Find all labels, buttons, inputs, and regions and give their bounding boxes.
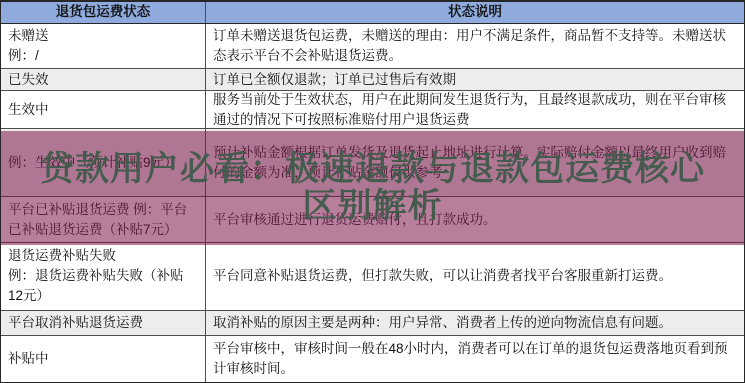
description-cell: 平台审核通过进行退货运费赔付，且打款成功。 <box>206 197 744 241</box>
table-row: 平台已补贴退货运费 例：平台已补贴退货运费（补贴7元） 平台审核通过进行退货运费… <box>1 197 744 242</box>
status-text: 平台取消补贴退货运费 <box>8 313 143 333</box>
table-row: 已失效 订单已全额仅退款；订单已过售后有效期 <box>1 69 744 91</box>
status-cell: 平台取消补贴退货运费 <box>1 311 206 335</box>
description-cell: 订单已全额仅退款；订单已过售后有效期 <box>206 69 744 90</box>
description-text: 服务当前处于生效状态，用户在此期间发生退货行为，且最终退款成功，则在平台审核通过… <box>213 90 737 130</box>
status-text: 生效中 <box>8 100 49 120</box>
status-cell: 未赠送 例：/ <box>1 24 206 68</box>
table-row: 未赠送 例：/ 订单未赠送退货包运费，未赠送的理由：用户不满足条件，商品暂不支持… <box>1 24 744 69</box>
column-header-status: 退货包运费状态 <box>1 2 206 23</box>
table-row: 例：生效中（预计补贴9元） 预计补贴金额根据订单发货及退货起止地址进行计算。实际… <box>1 129 744 197</box>
status-text: 已失效 <box>8 70 49 90</box>
status-cell: 退货运费补贴失败 例：退货运费补贴失败（补贴12元） <box>1 243 206 310</box>
description-text: 平台审核通过进行退货运费赔付，且打款成功。 <box>213 210 497 230</box>
table-row: 生效中 服务当前处于生效状态，用户在此期间发生退货行为，且最终退款成功，则在平台… <box>1 91 744 129</box>
column-header-status-label: 退货包运费状态 <box>56 2 151 22</box>
column-header-description-label: 状态说明 <box>448 2 502 22</box>
description-text: 平台同意补贴退货运费，但打款失败，可以让消费者找平台客服重新打运费。 <box>213 266 672 286</box>
description-cell: 服务当前处于生效状态，用户在此期间发生退货行为，且最终退款成功，则在平台审核通过… <box>206 91 744 128</box>
status-text: 补贴中 <box>8 349 49 369</box>
screenshot-root: 退货包运费状态 状态说明 未赠送 例：/ 订单未赠送退货包运费，未赠送的理由：用… <box>0 0 745 383</box>
description-cell: 订单未赠送退货包运费，未赠送的理由：用户不满足条件，商品暂不支持等。未赠送状态表… <box>206 24 744 68</box>
description-cell: 平台同意补贴退货运费，但打款失败，可以让消费者找平台客服重新打运费。 <box>206 243 744 310</box>
description-text: 订单未赠送退货包运费，未赠送的理由：用户不满足条件，商品暂不支持等。未赠送状态表… <box>213 26 737 66</box>
status-cell: 补贴中 <box>1 336 206 382</box>
description-text: 取消补贴的原因主要是两种：用户异常、消费者上传的逆向物流信息有问题。 <box>213 313 672 333</box>
status-cell: 平台已补贴退货运费 例：平台已补贴退货运费（补贴7元） <box>1 197 206 241</box>
status-text: 例：生效中（预计补贴9元） <box>8 153 178 173</box>
column-header-description: 状态说明 <box>206 2 744 23</box>
description-cell: 平台审核中，审核时间一般在48小时内，消费者可以在订单的退货包运费落地页看到预计… <box>206 336 744 382</box>
table-row: 补贴中 平台审核中，审核时间一般在48小时内，消费者可以在订单的退货包运费落地页… <box>1 336 744 382</box>
description-cell: 取消补贴的原因主要是两种：用户异常、消费者上传的逆向物流信息有问题。 <box>206 311 744 335</box>
status-text: 退货运费补贴失败 例：退货运费补贴失败（补贴12元） <box>8 246 198 306</box>
status-table: 退货包运费状态 状态说明 未赠送 例：/ 订单未赠送退货包运费，未赠送的理由：用… <box>1 1 744 382</box>
table-header-row: 退货包运费状态 状态说明 <box>1 1 744 24</box>
status-cell: 例：生效中（预计补贴9元） <box>1 129 206 196</box>
description-cell: 预计补贴金额根据订单发货及退货起止地址进行计算。实际赔付金额以最终用户收到赔付的… <box>206 129 744 196</box>
table-row: 平台取消补贴退货运费 取消补贴的原因主要是两种：用户异常、消费者上传的逆向物流信… <box>1 311 744 336</box>
description-text: 预计补贴金额根据订单发货及退货起止地址进行计算。实际赔付金额以最终用户收到赔付的… <box>213 143 737 183</box>
status-text: 平台已补贴退货运费 例：平台已补贴退货运费（补贴7元） <box>8 200 198 240</box>
status-cell: 生效中 <box>1 91 206 128</box>
status-cell: 已失效 <box>1 69 206 90</box>
description-text: 订单已全额仅退款；订单已过售后有效期 <box>213 70 456 90</box>
description-text: 平台审核中，审核时间一般在48小时内，消费者可以在订单的退货包运费落地页看到预计… <box>213 339 737 379</box>
table-row: 退货运费补贴失败 例：退货运费补贴失败（补贴12元） 平台同意补贴退货运费，但打… <box>1 243 744 311</box>
status-text: 未赠送 例：/ <box>8 26 49 66</box>
